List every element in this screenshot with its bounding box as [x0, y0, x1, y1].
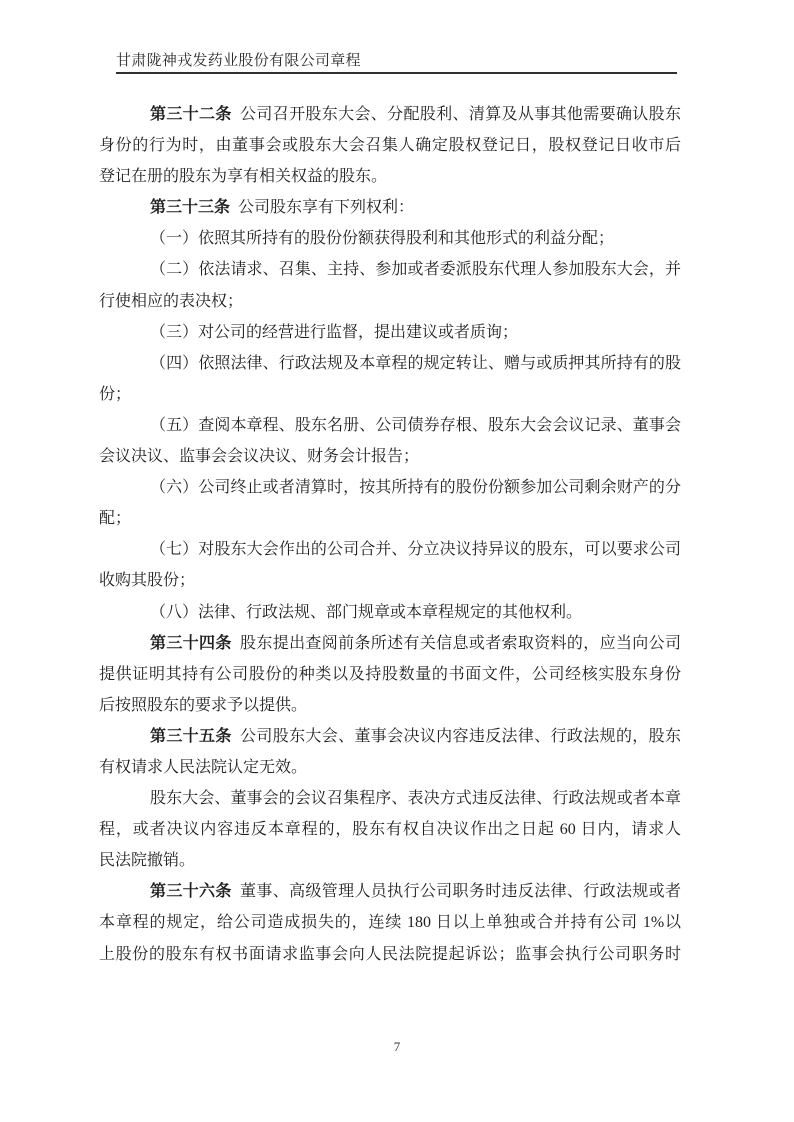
text-line: 行使相应的表决权； — [99, 286, 681, 317]
article-number: 第三十二条 — [150, 106, 232, 123]
text-line: 份； — [99, 379, 681, 410]
text-line: 第三十三条 公司股东享有下列权利： — [99, 192, 681, 223]
article-number: 第三十五条 — [150, 728, 232, 745]
text-line: （五）查阅本章程、股东名册、公司债券存根、股东大会会议记录、董事会 — [99, 410, 681, 441]
text-line: 登记在册的股东为享有相关权益的股东。 — [99, 161, 681, 192]
text-line: 第三十二条 公司召开股东大会、分配股利、清算及从事其他需要确认股东 — [99, 99, 681, 130]
document-page: 甘肃陇神戎发药业股份有限公司章程 第三十二条 公司召开股东大会、分配股利、清算及… — [0, 0, 794, 1122]
text-line: 收购其股份； — [99, 565, 681, 596]
text-line: 提供证明其持有公司股份的种类以及持股数量的书面文件，公司经核实股东身份 — [99, 659, 681, 690]
text-line: （三）对公司的经营进行监督，提出建议或者质询； — [99, 317, 681, 348]
text-line: （八）法律、行政法规、部门规章或本章程规定的其他权利。 — [99, 597, 681, 628]
article-number: 第三十六条 — [150, 883, 232, 900]
text-line: 本章程的规定，给公司造成损失的，连续 180 日以上单独或合并持有公司 1%以 — [99, 907, 681, 938]
text-line: 上股份的股东有权书面请求监事会向人民法院提起诉讼；监事会执行公司职务时 — [99, 939, 681, 970]
text-line: 配； — [99, 503, 681, 534]
text-line: （一）依照其所持有的股份份额获得股利和其他形式的利益分配； — [99, 223, 681, 254]
text-line: 身份的行为时，由董事会或股东大会召集人确定股权登记日，股权登记日收市后 — [99, 130, 681, 161]
text-line: 第三十六条 董事、高级管理人员执行公司职务时违反法律、行政法规或者 — [99, 876, 681, 907]
text-line: 第三十四条 股东提出查阅前条所述有关信息或者索取资料的，应当向公司 — [99, 628, 681, 659]
text-line: （四）依照法律、行政法规及本章程的规定转让、赠与或质押其所持有的股 — [99, 348, 681, 379]
text-line: 程，或者决议内容违反本章程的，股东有权自决议作出之日起 60 日内，请求人 — [99, 814, 681, 845]
text-line: 第三十五条 公司股东大会、董事会决议内容违反法律、行政法规的，股东 — [99, 721, 681, 752]
header-rule — [116, 72, 677, 74]
text-line: 有权请求人民法院认定无效。 — [99, 752, 681, 783]
document-body: 第三十二条 公司召开股东大会、分配股利、清算及从事其他需要确认股东身份的行为时，… — [99, 99, 681, 970]
text-line: （六）公司终止或者清算时，按其所持有的股份份额参加公司剩余财产的分 — [99, 472, 681, 503]
text-line: （七）对股东大会作出的公司合并、分立决议持异议的股东，可以要求公司 — [99, 534, 681, 565]
text-line: 后按照股东的要求予以提供。 — [99, 690, 681, 721]
article-number: 第三十四条 — [150, 635, 232, 652]
page-number: 7 — [0, 1039, 794, 1055]
text-line: （二）依法请求、召集、主持、参加或者委派股东代理人参加股东大会，并 — [99, 254, 681, 285]
text-line: 会议决议、监事会会议决议、财务会计报告； — [99, 441, 681, 472]
page-header-title: 甘肃陇神戎发药业股份有限公司章程 — [116, 52, 361, 70]
article-number: 第三十三条 — [150, 199, 230, 216]
text-line: 股东大会、董事会的会议召集程序、表决方式违反法律、行政法规或者本章 — [99, 783, 681, 814]
text-line: 民法院撤销。 — [99, 845, 681, 876]
